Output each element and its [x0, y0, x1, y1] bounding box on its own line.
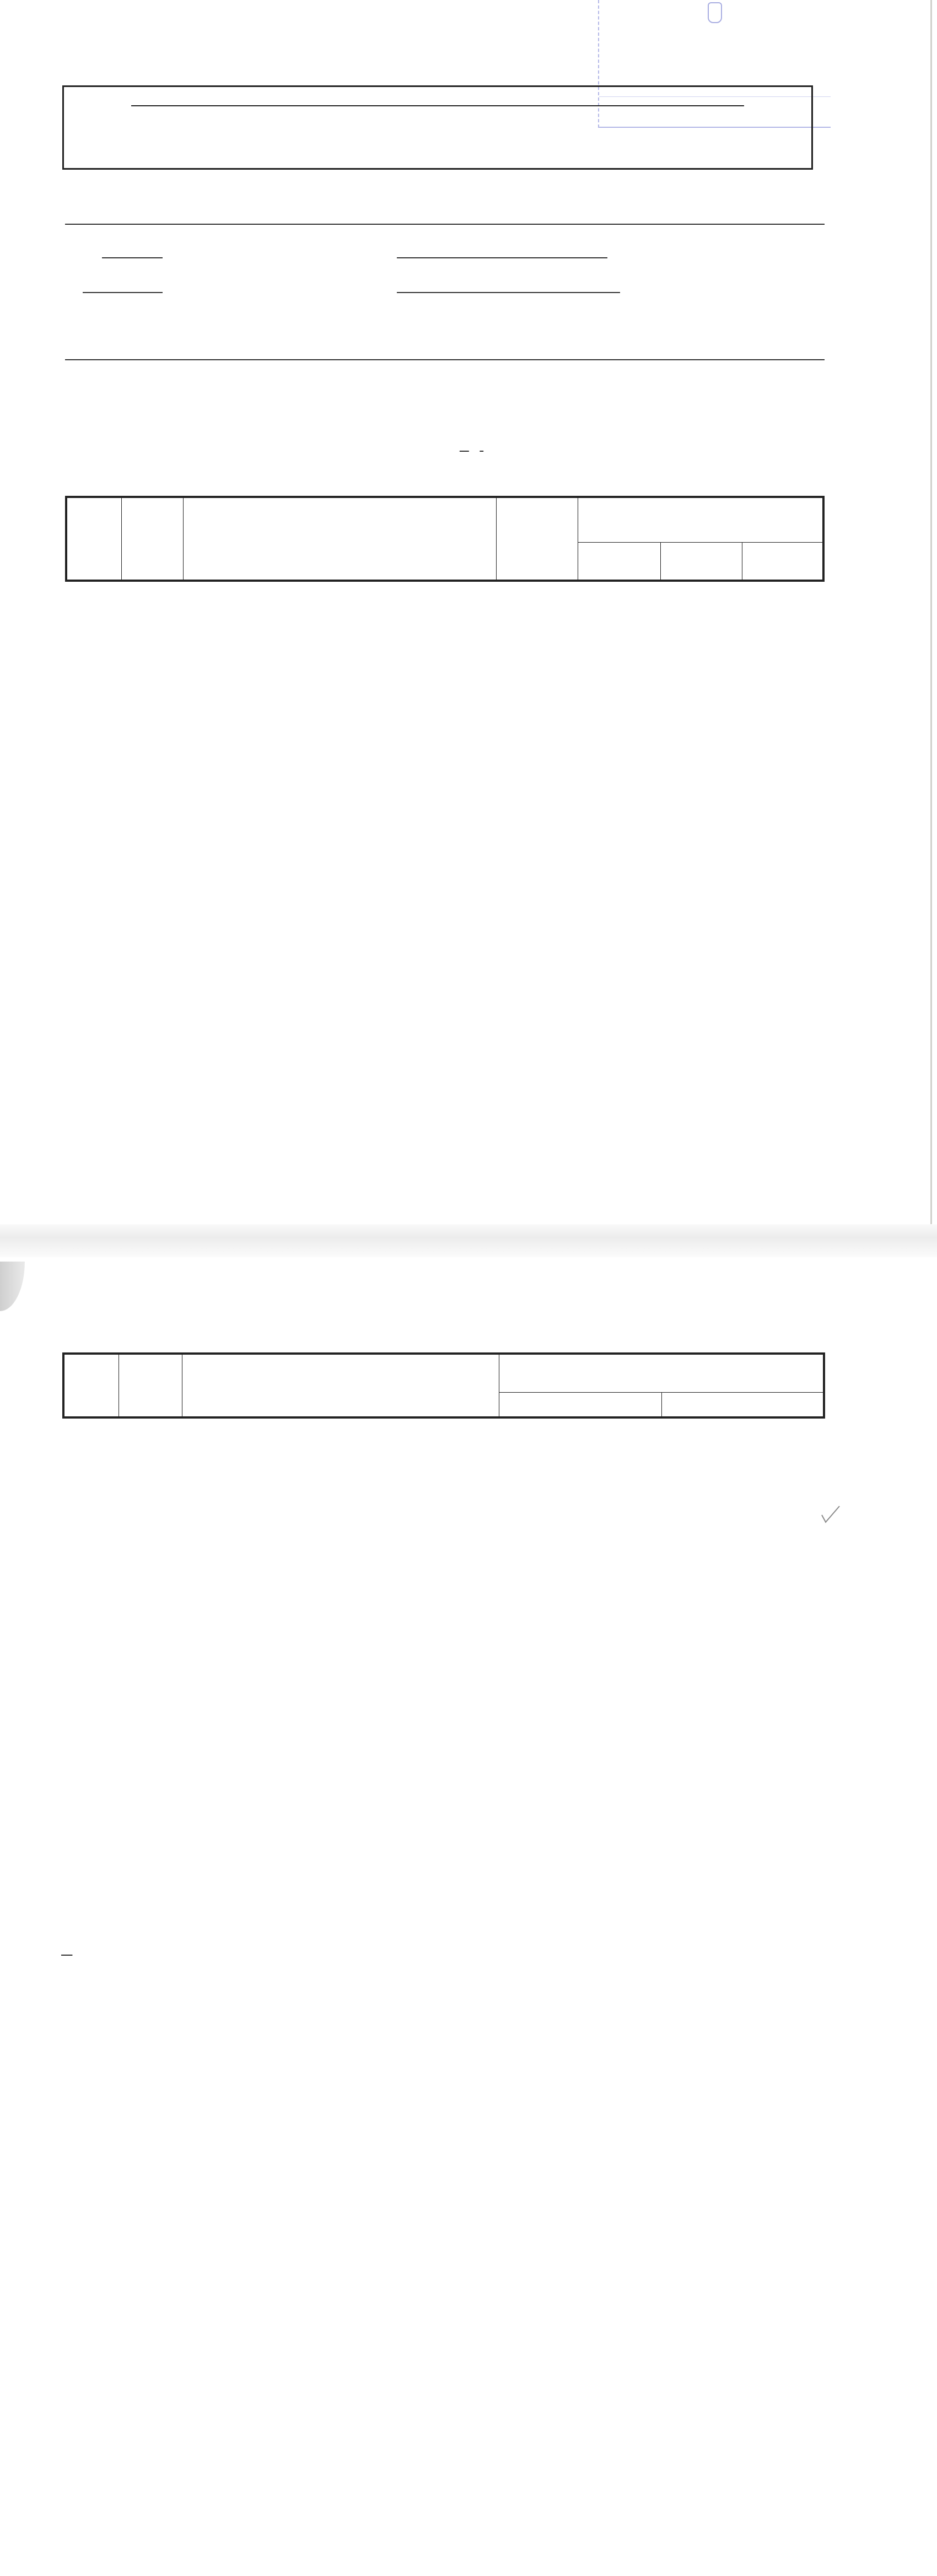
col-header-net — [742, 542, 823, 581]
col-header-desc — [183, 497, 496, 581]
treasury-box-title — [131, 87, 744, 106]
page-1 — [0, 0, 932, 1224]
period-line — [0, 439, 937, 451]
report-title-wrap — [0, 416, 937, 426]
col-header-prev-year — [496, 497, 578, 581]
treasury-code-grid — [64, 106, 811, 168]
col-header-desc — [182, 1354, 499, 1417]
treasury-box — [62, 85, 813, 170]
col-header-prev-year — [499, 1392, 661, 1417]
footer-date — [61, 1943, 72, 1955]
col-header-amount — [499, 1354, 824, 1392]
check-mark-icon — [820, 1504, 842, 1526]
underline — [65, 224, 825, 225]
col-header-current-year — [661, 1392, 824, 1417]
col-header-gross — [578, 542, 660, 581]
period-from — [460, 439, 469, 452]
responsible-person-block — [318, 1928, 505, 1933]
underline — [397, 257, 607, 258]
balance-sheet-assets-table — [65, 496, 825, 582]
col-header-op — [66, 497, 121, 581]
coat-of-arms-icon — [708, 2, 722, 23]
col-header-account — [119, 1354, 182, 1417]
date-value — [61, 1943, 72, 1956]
underline — [65, 359, 825, 360]
underline — [397, 292, 620, 293]
period-to — [480, 439, 483, 452]
col-header-account — [121, 497, 183, 581]
col-header-op — [63, 1354, 119, 1417]
underline — [102, 257, 163, 258]
balance-sheet-liabilities-table — [62, 1352, 825, 1419]
col-header-current-year — [578, 497, 823, 542]
underline — [83, 292, 163, 293]
col-header-correction — [660, 542, 742, 581]
